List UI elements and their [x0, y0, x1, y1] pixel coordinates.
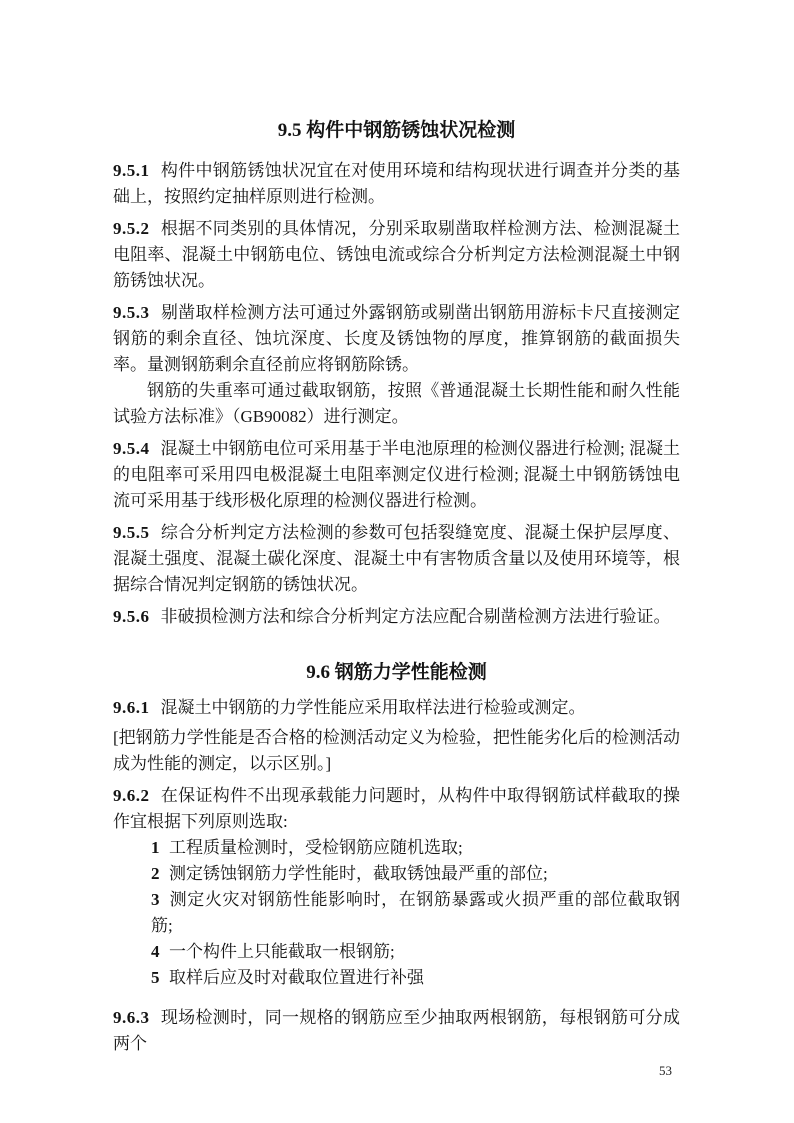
list-item-4-number: 4: [151, 942, 160, 961]
clause-9-6-3: 9.6.3现场检测时，同一规格的钢筋应至少抽取两根钢筋，每根钢筋可分成两个: [113, 1005, 680, 1057]
clause-9-6-1-number: 9.6.1: [113, 698, 150, 717]
clause-9-5-3-text: 剔凿取样检测方法可通过外露钢筋或剔凿出钢筋用游标卡尺直接测定钢筋的剩余直径、蚀坑…: [113, 303, 680, 374]
list-item-1: 1工程质量检测时，受检钢筋应随机选取;: [113, 835, 680, 861]
list-item-3-number: 3: [151, 890, 160, 909]
clause-9-6-1-text: 混凝土中钢筋的力学性能应采用取样法进行检验或测定。: [161, 698, 586, 717]
clause-9-5-3-continuation: 钢筋的失重率可通过截取钢筋，按照《普通混凝土长期性能和耐久性能试验方法标准》（G…: [113, 378, 680, 430]
clause-9-6-1: 9.6.1混凝土中钢筋的力学性能应采用取样法进行检验或测定。: [113, 695, 680, 721]
page-number: 53: [659, 1063, 672, 1079]
page-content: 9.5 构件中钢筋锈蚀状况检测 9.5.1构件中钢筋锈蚀状况宜在对使用环境和结构…: [113, 118, 680, 1057]
clause-9-5-3-number: 9.5.3: [113, 303, 150, 322]
list-item-5: 5取样后应及时对截取位置进行补强: [113, 965, 680, 991]
list-item-2-number: 2: [151, 864, 160, 883]
clause-9-6-2-text: 在保证构件不出现承载能力问题时，从构件中取得钢筋试样截取的操作宜根据下列原则选取…: [113, 786, 680, 831]
clause-9-6-2-number: 9.6.2: [113, 786, 150, 805]
list-item-4-text: 一个构件上只能截取一根钢筋;: [169, 942, 395, 961]
commentary-note: [把钢筋力学性能是否合格的检测活动定义为检验，把性能劣化后的检测活动成为性能的测…: [113, 725, 680, 777]
list-item-1-number: 1: [151, 838, 160, 857]
clause-9-6-3-text: 现场检测时，同一规格的钢筋应至少抽取两根钢筋，每根钢筋可分成两个: [113, 1008, 680, 1053]
section-9-6-heading: 9.6 钢筋力学性能检测: [113, 660, 680, 686]
clause-9-5-5-number: 9.5.5: [113, 523, 150, 542]
list-item-1-text: 工程质量检测时，受检钢筋应随机选取;: [169, 838, 463, 857]
clause-9-5-1: 9.5.1构件中钢筋锈蚀状况宜在对使用环境和结构现状进行调查并分类的基础上，按照…: [113, 158, 680, 210]
section-9-5-heading: 9.5 构件中钢筋锈蚀状况检测: [113, 118, 680, 144]
clause-9-5-5: 9.5.5综合分析判定方法检测的参数可包括裂缝宽度、混凝土保护层厚度、混凝土强度…: [113, 520, 680, 598]
list-item-3-text: 测定火灾对钢筋性能影响时，在钢筋暴露或火损严重的部位截取钢筋;: [151, 890, 680, 935]
list-item-5-number: 5: [151, 968, 160, 987]
clause-9-5-2: 9.5.2根据不同类别的具体情况，分别采取剔凿取样检测方法、检测混凝土电阻率、混…: [113, 216, 680, 294]
list-item-4: 4一个构件上只能截取一根钢筋;: [113, 939, 680, 965]
document-page: 9.5 构件中钢筋锈蚀状况检测 9.5.1构件中钢筋锈蚀状况宜在对使用环境和结构…: [0, 0, 794, 1123]
clause-9-5-5-text: 综合分析判定方法检测的参数可包括裂缝宽度、混凝土保护层厚度、混凝土强度、混凝土碳…: [113, 523, 680, 594]
list-item-3: 3测定火灾对钢筋性能影响时，在钢筋暴露或火损严重的部位截取钢筋;: [113, 887, 680, 939]
clause-9-5-4: 9.5.4混凝土中钢筋电位可采用基于半电池原理的检测仪器进行检测; 混凝土的电阻…: [113, 436, 680, 514]
list-item-2: 2测定锈蚀钢筋力学性能时，截取锈蚀最严重的部位;: [113, 861, 680, 887]
clause-9-5-4-text: 混凝土中钢筋电位可采用基于半电池原理的检测仪器进行检测; 混凝土的电阻率可采用四…: [113, 439, 680, 510]
clause-9-5-2-number: 9.5.2: [113, 219, 150, 238]
clause-9-5-3: 9.5.3剔凿取样检测方法可通过外露钢筋或剔凿出钢筋用游标卡尺直接测定钢筋的剩余…: [113, 300, 680, 378]
clause-9-5-6-text: 非破损检测方法和综合分析判定方法应配合剔凿检测方法进行验证。: [161, 607, 671, 626]
clause-9-5-6: 9.5.6非破损检测方法和综合分析判定方法应配合剔凿检测方法进行验证。: [113, 604, 680, 630]
list-item-2-text: 测定锈蚀钢筋力学性能时，截取锈蚀最严重的部位;: [169, 864, 548, 883]
clause-9-5-2-text: 根据不同类别的具体情况，分别采取剔凿取样检测方法、检测混凝土电阻率、混凝土中钢筋…: [113, 219, 680, 290]
clause-9-5-4-number: 9.5.4: [113, 439, 150, 458]
clause-9-5-1-text: 构件中钢筋锈蚀状况宜在对使用环境和结构现状进行调查并分类的基础上，按照约定抽样原…: [113, 161, 680, 206]
clause-9-5-1-number: 9.5.1: [113, 161, 150, 180]
clause-9-6-3-number: 9.6.3: [113, 1008, 150, 1027]
clause-9-6-2: 9.6.2在保证构件不出现承载能力问题时，从构件中取得钢筋试样截取的操作宜根据下…: [113, 783, 680, 835]
clause-9-5-6-number: 9.5.6: [113, 607, 150, 626]
list-item-5-text: 取样后应及时对截取位置进行补强: [169, 968, 424, 987]
